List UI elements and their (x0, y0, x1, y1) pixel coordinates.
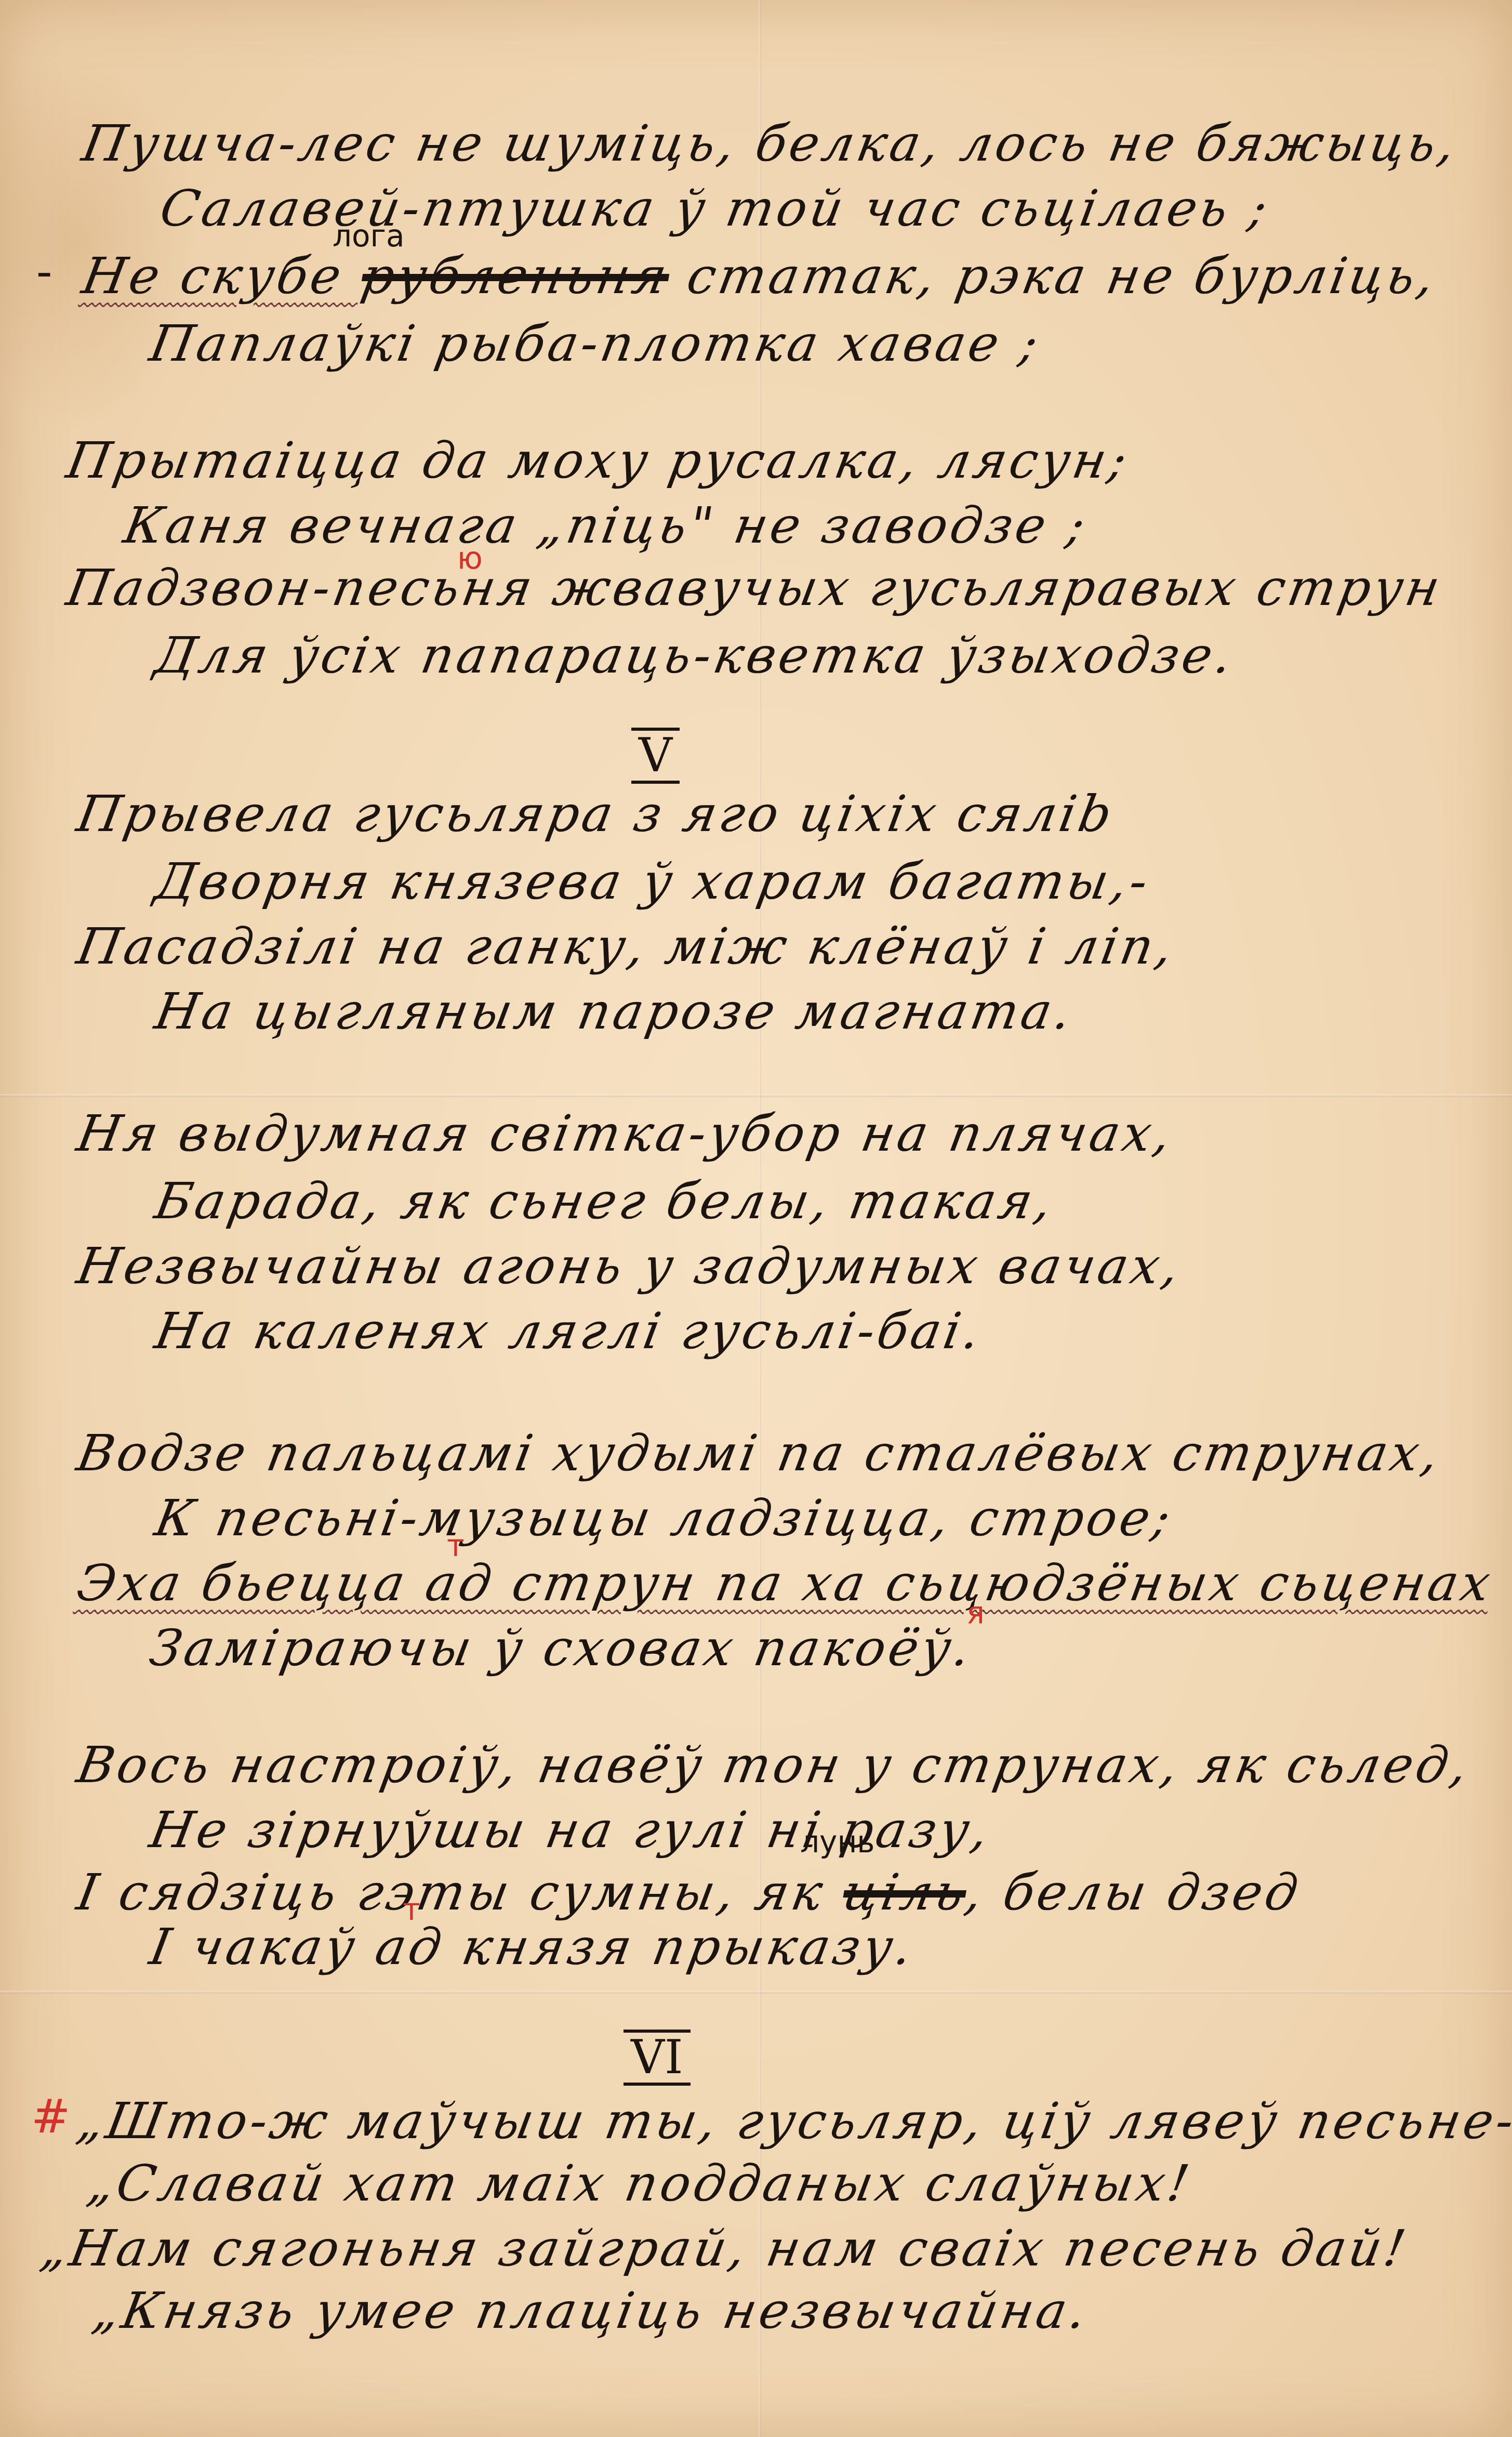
verse-line: Пушча-лес не шуміць, белка, лось не бяжы… (78, 114, 1463, 173)
verse-line: Прытаіцца да моху русалка, лясун; (62, 431, 1134, 490)
verse-line: Не скубе рубленьня статак, рэка не бурлі… (78, 247, 1442, 305)
verse-line: Эха бьецца ад струн па ха сьцюдзёных сьц… (73, 1554, 1497, 1612)
verse-line: „Князь умее плаціць незвычайна. (88, 2282, 1094, 2340)
manuscript-page: Пушча-лес не шуміць, белка, лось не бяжы… (0, 0, 1512, 2437)
verse-line: Барада, як сьнег белы, такая, (151, 1172, 1059, 1230)
verse-line: На каленях ляглі гусьлі-баі. (151, 1302, 987, 1360)
verse-line: К песьні-музыцы ладзіцца, строе; (151, 1489, 1178, 1547)
margin-mark: # (31, 2089, 70, 2144)
verse-line: Падзвон-песьня жвавучых гусьляравых стру… (62, 559, 1447, 617)
verse-line: „Славай хат маіх подданых слаўных! (83, 2154, 1196, 2212)
verse-line: Водзе пальцамі худымі па сталёвых струна… (73, 1424, 1446, 1482)
verse-text: Салавей-птушка ў той час сьцілаеь ; (156, 179, 1275, 238)
verse-line: І чакаў ад князя прыказу. (145, 1918, 920, 1976)
verse-line: І сядзіць гэты сумны, як ціль, белы дзед (73, 1863, 1305, 1921)
verse-line: На цыгляным парозе магната. (151, 982, 1079, 1040)
verse-text: , белы дзед (961, 1863, 1305, 1921)
paper-fold (0, 1991, 1512, 1994)
verse-line: Пасадзілі на ганку, між клёнаў і ліп, (73, 917, 1180, 976)
verse-line: Вось настроіў, навёў тон у струнах, як с… (73, 1736, 1475, 1794)
verse-line: Паплаўкі рыба-плотка хавае ; (145, 314, 1045, 373)
verse-line: Ня выдумная світкa-убор на плячах, (73, 1104, 1178, 1163)
verse-text: Эха бьецца ад струн па ха сьцюдзёных сьц… (73, 1554, 1497, 1612)
dash-mark: - (36, 244, 52, 299)
inserted-word: лунь (800, 1824, 875, 1860)
verse-line: Заміраючы ў сховах пакоёў. (145, 1619, 978, 1677)
verse-line: Для ўсіх папараць-кветка ўзыходзе. (151, 626, 1239, 684)
verse-line: „Што-ж маўчыш ты, гусьляр, ціў лявеў пес… (73, 2092, 1512, 2150)
verse-text: І сядзіць гэты сумны, як (73, 1863, 849, 1921)
verse-text: статак, рэка не бурліць, (664, 247, 1442, 305)
verse-line: Дворня князева ў харам багаты,- (151, 852, 1155, 911)
section-number: V (631, 728, 680, 784)
verse-line: Каня вечнага „піць" не заводзе ; (120, 496, 1093, 555)
struck-word: рубленьня (357, 247, 674, 305)
verse-line: Прывела гусьляра з яго ціхіх сялib (73, 785, 1119, 843)
verse-text: Не скубе (78, 247, 367, 305)
verse-line: Незвычайны агонь у задумных вачах, (73, 1237, 1187, 1295)
verse-line: Салавей-птушка ў той час сьцілаеь ; (156, 179, 1275, 238)
section-number: VI (624, 2030, 691, 2086)
paper-fold (0, 1094, 1512, 1097)
struck-word: ціль (839, 1863, 971, 1921)
verse-line: „Нам сягоньня зайграй, нам сваіх песень … (36, 2219, 1413, 2277)
